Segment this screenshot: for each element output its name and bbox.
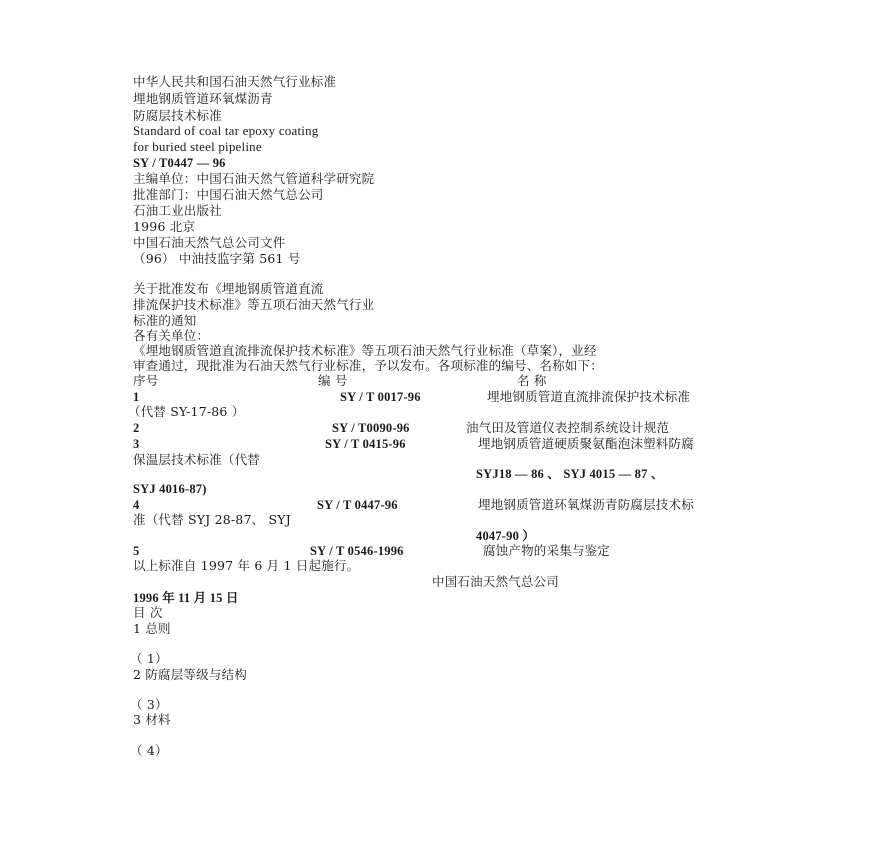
table-row-4-cont-1: 准（代替 SYJ 28-87、 SYJ bbox=[133, 512, 291, 528]
table-row-5-code: SY / T 0546-1996 bbox=[310, 543, 404, 559]
table-row-3-seq: 3 bbox=[133, 436, 139, 452]
toc-item-1-label: 1 总则 bbox=[133, 621, 171, 637]
table-header-seq: 序号 bbox=[133, 373, 158, 389]
table-row-3-cont-2: SYJ18 — 86 、 SYJ 4015 — 87 、 bbox=[476, 466, 664, 482]
table-row-4-seq: 4 bbox=[133, 497, 139, 513]
toc-title: 目 次 bbox=[133, 605, 163, 621]
notice-title-line-2: 排流保护技术标准》等五项石油天然气行业 bbox=[133, 297, 374, 313]
notice-title-line-3: 标准的通知 bbox=[133, 313, 197, 329]
table-row-2-code: SY / T0090-96 bbox=[332, 420, 410, 436]
table-row-5-name: 腐蚀产物的采集与鉴定 bbox=[483, 543, 610, 559]
editor-unit: 主编单位：中国石油天然气管道科学研究院 bbox=[133, 171, 374, 187]
document-number: （96） 中油技监字第 561 号 bbox=[133, 251, 301, 267]
issue-date: 1996 年 11 月 15 日 bbox=[133, 590, 239, 606]
effective-date-statement: 以上标准自 1997 年 6 月 1 日起施行。 bbox=[133, 558, 359, 574]
table-header-name: 名 称 bbox=[517, 373, 547, 389]
issuer-document: 中国石油天然气总公司文件 bbox=[133, 235, 285, 251]
table-row-5-seq: 5 bbox=[133, 543, 139, 559]
table-header-code: 编 号 bbox=[318, 373, 348, 389]
notice-body-line-1: 《埋地钢质管道直流排流保护技术标准》等五项石油天然气行业标准（草案），业经 bbox=[133, 343, 597, 359]
table-row-1-replacement: （代替 SY-17-86 ） bbox=[128, 404, 244, 420]
table-row-3-cont-3: SYJ 4016-87) bbox=[133, 481, 207, 497]
toc-item-2-label: 2 防腐层等级与结构 bbox=[133, 667, 247, 683]
table-row-2-name: 油气田及管道仪表控制系统设计规范 bbox=[466, 420, 669, 436]
notice-body-line-2: 审查通过，现批准为石油天然气行业标准，予以发布。各项标准的编号、名称如下： bbox=[133, 358, 603, 374]
table-row-3-cont-1: 保温层技术标准（代替 bbox=[133, 452, 260, 468]
table-row-1-seq: 1 bbox=[133, 389, 139, 405]
approving-department: 批准部门：中国石油天然气总公司 bbox=[133, 187, 324, 203]
table-row-1-code: SY / T 0017-96 bbox=[340, 389, 421, 405]
english-title-line-1: Standard of coal tar epoxy coating bbox=[133, 123, 319, 139]
table-row-3-name: 埋地钢质管道硬质聚氨酯泡沫塑料防腐 bbox=[478, 436, 694, 452]
standard-code: SY / T0447 — 96 bbox=[133, 155, 226, 171]
table-row-4-code: SY / T 0447-96 bbox=[317, 497, 398, 513]
notice-salutation: 各有关单位： bbox=[133, 328, 209, 344]
header-title-line-2: 防腐层技术标准 bbox=[133, 108, 222, 124]
table-row-4-name: 埋地钢质管道环氧煤沥青防腐层技术标 bbox=[478, 497, 694, 513]
publisher: 石油工业出版社 bbox=[133, 203, 222, 219]
notice-title-line-1: 关于批准发布《埋地钢质管道直流 bbox=[133, 281, 324, 297]
toc-item-2-page: （ 3） bbox=[130, 697, 168, 713]
english-title-line-2: for buried steel pipeline bbox=[133, 139, 262, 155]
table-row-4-cont-2: 4047-90 ） bbox=[476, 528, 535, 544]
signature-organization: 中国石油天然气总公司 bbox=[432, 574, 559, 590]
header-line-standard-category: 中华人民共和国石油天然气行业标准 bbox=[133, 74, 336, 90]
table-row-1-name: 埋地钢质管道直流排流保护技术标准 bbox=[487, 389, 690, 405]
document-page: 中华人民共和国石油天然气行业标准 埋地钢质管道环氧煤沥青 防腐层技术标准 Sta… bbox=[0, 0, 870, 842]
table-row-2-seq: 2 bbox=[133, 420, 139, 436]
header-title-line-1: 埋地钢质管道环氧煤沥青 bbox=[133, 91, 273, 107]
toc-item-3-label: 3 材料 bbox=[133, 712, 171, 728]
year-place: 1996 北京 bbox=[133, 219, 195, 235]
toc-item-1-page: （ 1） bbox=[130, 651, 168, 667]
table-row-3-code: SY / T 0415-96 bbox=[325, 436, 406, 452]
toc-item-3-page: （ 4） bbox=[130, 743, 168, 759]
